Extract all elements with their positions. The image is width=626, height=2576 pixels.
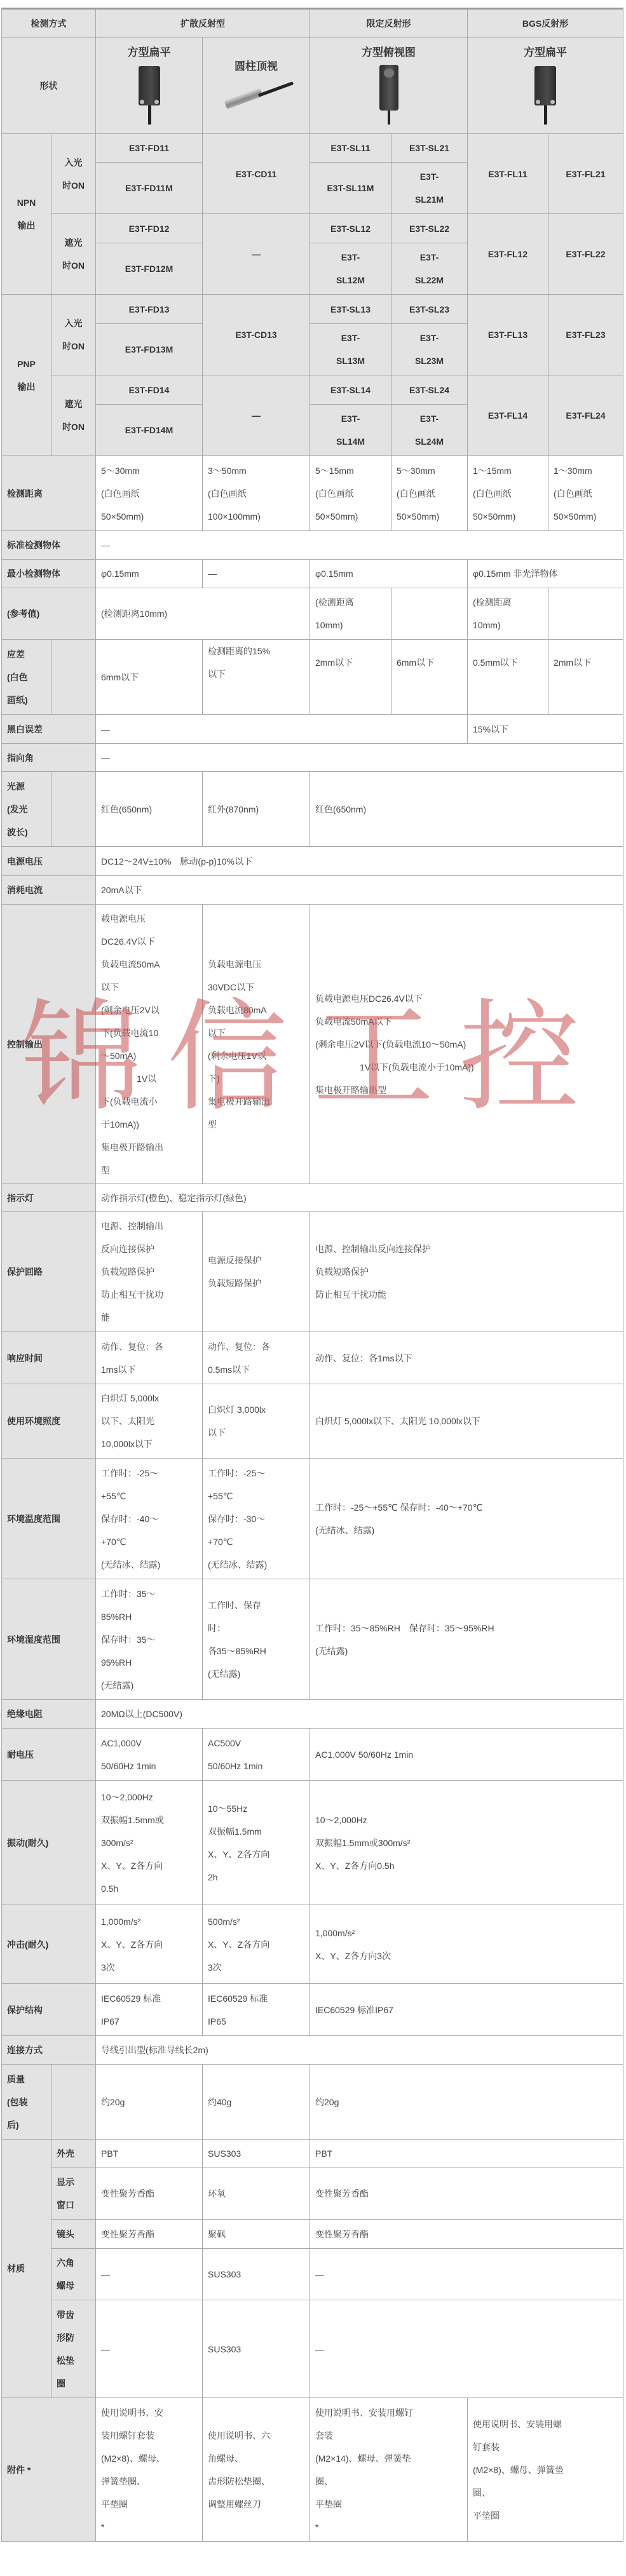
spec-label: 控制输出: [2, 905, 96, 1184]
spec-sublabel: [51, 2065, 96, 2140]
spec-value: φ0.15mm: [96, 560, 203, 588]
spec-row-current: 消耗电流 20mA以下: [2, 876, 623, 905]
spec-value: φ0.15mm 非光泽物体: [468, 560, 623, 588]
spec-row-distance: 检测距离 5～30mm (白色画纸 50×50mm) 3～50mm (白色画纸 …: [2, 456, 623, 531]
group-limited: 限定反射形: [310, 9, 468, 38]
group-diffuse: 扩散反射型: [96, 9, 310, 38]
spec-value: 聚砜: [203, 2220, 310, 2249]
spec-value: 10～2,000Hz 双振幅1.5mm或300m/s² X、Y、Z各方向0.5h: [310, 1781, 623, 1905]
spec-value: 工作时：-25～ +55℃ 保存时：-40～ +70℃ (无结冰、结露): [96, 1459, 203, 1579]
spec-value: 1～30mm (白色画纸 50×50mm): [548, 456, 623, 531]
spec-row-light-source: 光源 (发光 波长) 红色(650nm) 红外(870nm) 红色(650nm): [2, 772, 623, 847]
spec-value: 红色(650nm): [96, 772, 203, 847]
spec-value: 变性聚芳香酯: [96, 2168, 203, 2220]
model-row: NPN 输出 入光 时ON E3T-FD11 E3T-CD11 E3T-SL11…: [2, 134, 623, 163]
model-cell: E3T- SL21M: [391, 163, 468, 214]
model-cell: E3T- SL12M: [310, 243, 391, 295]
shape-title: 方型俯视图: [362, 44, 416, 61]
spec-row-connection: 连接方式 导线引出型(标准导线长2m): [2, 2036, 623, 2065]
spec-value: PBT: [310, 2140, 623, 2168]
spec-value: —: [310, 2249, 623, 2300]
spec-value: IEC60529 标准 IP67: [96, 1984, 203, 2036]
shape-cell-fd: 方型扁平: [96, 38, 203, 134]
model-cell: E3T-FD14: [96, 375, 203, 405]
spec-value: 3～50mm (白色画纸 100×100mm): [203, 456, 310, 531]
spec-row-enclosure: 保护结构 IEC60529 标准 IP67 IEC60529 标准 IP65 I…: [2, 1984, 623, 2036]
model-cell: E3T-FD12: [96, 214, 203, 243]
spec-value: 动作、复位：各 1ms以下: [96, 1332, 203, 1384]
spec-value: 导线引出型(标准导线长2m): [96, 2036, 623, 2065]
shape-title: 方型扁平: [128, 44, 171, 61]
model-cell: —: [203, 375, 310, 456]
model-cell: E3T-FL11: [468, 134, 548, 214]
spec-value: 载电源电压 DC26.4V以下 负载电流50mA 以下 (剩余电压2V以 下(负…: [96, 905, 203, 1184]
spec-value: 约20g: [310, 2065, 623, 2140]
spec-value: —: [96, 2300, 203, 2398]
shape-row: 形状 方型扁平 圆柱顶视 方型俯视图 方型扁平: [2, 38, 623, 134]
model-cell: E3T-FL24: [548, 375, 623, 456]
spec-value: SUS303: [203, 2249, 310, 2300]
spec-label: 保护回路: [2, 1212, 96, 1332]
model-cell: E3T-CD11: [203, 134, 310, 214]
spec-label: 响应时间: [2, 1332, 96, 1384]
model-cell: E3T-FD11: [96, 134, 203, 163]
material-sublabel: 显示 窗口: [51, 2168, 96, 2220]
spec-value: 2mm以下: [310, 640, 391, 715]
spec-value: 工作时：35～ 85%RH 保存时：35～ 95%RH (无结露): [96, 1579, 203, 1700]
spec-value: 电源、控制输出反向连接保护 负载短路保护 防止相互干扰功能: [310, 1212, 623, 1332]
shape-title: 圆柱顶视: [235, 58, 278, 75]
spec-row-reference: (参考值) (检测距离10mm) (检测距离 10mm) (检测距离 10mm): [2, 588, 623, 640]
spec-value: —: [96, 744, 623, 772]
spec-label: 黑白误差: [2, 715, 96, 744]
spec-label: 电源电压: [2, 847, 96, 876]
spec-row-insulation: 绝缘电阻 20MΩ以上(DC500V): [2, 1700, 623, 1729]
spec-value: 负载电源电压DC26.4V以下 负载电流50mA以下 (剩余电压2V以下(负载电…: [310, 905, 623, 1184]
spec-value: 白炽灯 5,000lx以下、太阳光 10,000lx以下: [310, 1384, 623, 1459]
spec-value: PBT: [96, 2140, 203, 2168]
spec-label: 附件 *: [2, 2398, 96, 2542]
model-cell: E3T-SL24: [391, 375, 468, 405]
spec-value: IEC60529 标准IP67: [310, 1984, 623, 2036]
material-sublabel: 镜头: [51, 2220, 96, 2249]
spec-label: 连接方式: [2, 2036, 96, 2065]
spec-label: 标准检测物体: [2, 531, 96, 560]
model-cell: E3T-SL11: [310, 134, 391, 163]
spec-label: 最小检测物体: [2, 560, 96, 588]
model-cell: E3T- SL24M: [391, 405, 468, 456]
model-cell: E3T-FL21: [548, 134, 623, 214]
spec-value: 环氧: [203, 2168, 310, 2220]
material-sublabel: 外壳: [51, 2140, 96, 2168]
spec-value: 20MΩ以上(DC500V): [96, 1700, 623, 1729]
model-cell: E3T-SL12: [310, 214, 391, 243]
spec-row-weight: 质量 (包装 后) 约20g 约40g 约20g: [2, 2065, 623, 2140]
spec-value: AC1,000V 50/60Hz 1min: [96, 1729, 203, 1781]
spec-value: [391, 588, 468, 640]
spec-row-directional-angle: 指向角 —: [2, 744, 623, 772]
material-sublabel: 带齿 形防 松垫 圈: [51, 2300, 96, 2398]
spec-value: 工作时：-25～+55℃ 保存时：-40～+70℃ (无结冰、结露): [310, 1459, 623, 1579]
model-cell: E3T-SL14: [310, 375, 391, 405]
spec-value: 红色(650nm): [310, 772, 623, 847]
spec-value: φ0.15mm: [310, 560, 468, 588]
material-sublabel: 六角 螺母: [51, 2249, 96, 2300]
shape-title: 方型扁平: [524, 44, 567, 61]
spec-value: 动作、复位：各 0.5ms以下: [203, 1332, 310, 1384]
model-cell: E3T-FL14: [468, 375, 548, 456]
spec-value: 500m/s² X、Y、Z各方向 3次: [203, 1905, 310, 1984]
spec-row-illuminance: 使用环境照度 白炽灯 5,000lx 以下、太阳光 10,000lx以下 白炽灯…: [2, 1384, 623, 1459]
spec-value: 5～15mm (白色画纸 50×50mm): [310, 456, 391, 531]
spec-row-indicator: 指示灯 动作指示灯(橙色)、稳定指示灯(绿色): [2, 1184, 623, 1212]
model-cell: E3T-FL22: [548, 214, 623, 295]
spec-label: 指向角: [2, 744, 96, 772]
spec-row-bw-error: 黑白误差 — 15%以下: [2, 715, 623, 744]
spec-value: 使用说明书、安装用螺钉 套装 (M2×14)、螺母、弹簧垫 圈、 平垫圈 *: [310, 2398, 468, 2542]
material-row: 显示 窗口 变性聚芳香酯 环氧 变性聚芳香酯: [2, 2168, 623, 2220]
material-row: 六角 螺母 — SUS303 —: [2, 2249, 623, 2300]
spec-value: 15%以下: [468, 715, 623, 744]
spec-value: 6mm以下: [391, 640, 468, 715]
spec-label: 绝缘电阻: [2, 1700, 96, 1729]
spec-value: IEC60529 标准 IP65: [203, 1984, 310, 2036]
model-cell: E3T-FL12: [468, 214, 548, 295]
material-row: 镜头 变性聚芳香酯 聚砜 变性聚芳香酯: [2, 2220, 623, 2249]
sensor-flat-image: [534, 66, 556, 105]
spec-value: 5～30mm (白色画纸 50×50mm): [96, 456, 203, 531]
spec-value: 10～2,000Hz 双振幅1.5mm或 300m/s² X、Y、Z各方向 0.…: [96, 1781, 203, 1905]
model-cell: E3T-SL21: [391, 134, 468, 163]
spec-value: 0.5mm以下: [468, 640, 548, 715]
light-on-label: 入光 时ON: [51, 134, 96, 214]
spec-value: —: [310, 2300, 623, 2398]
spec-value: 1,000m/s² X、Y、Z各方向3次: [310, 1905, 623, 1984]
spec-label: 使用环境照度: [2, 1384, 96, 1459]
spec-value: —: [203, 560, 310, 588]
model-cell: E3T- SL22M: [391, 243, 468, 295]
spec-value: 工作时：-25～ +55℃ 保存时：-30～ +70℃ (无结冰、结露): [203, 1459, 310, 1579]
spec-label: 材质: [2, 2140, 51, 2398]
sensor-flat-image: [139, 66, 160, 105]
spec-table: 检测方式 扩散反射型 限定反射形 BGS反射形 形状 方型扁平 圆柱顶视 方型俯…: [1, 8, 623, 2542]
model-cell: E3T- SL13M: [310, 324, 391, 375]
model-cell: —: [203, 214, 310, 295]
model-cell: E3T-FD13M: [96, 324, 203, 375]
spec-value: 电源、控制输出 反向连接保护 负载短路保护 防止相互干扰功 能: [96, 1212, 203, 1332]
spec-value: (检测距离10mm): [96, 588, 310, 640]
spec-label: 应差 (白色 画纸): [2, 640, 51, 715]
sensor-cylinder-image: [218, 85, 294, 108]
model-row: 遮光 时ON E3T-FD14 — E3T-SL14 E3T-SL24 E3T-…: [2, 375, 623, 405]
spec-value: 工作时：35～85%RH 保存时：35～95%RH (无结露): [310, 1579, 623, 1700]
spec-row-response-time: 响应时间 动作、复位：各 1ms以下 动作、复位：各 0.5ms以下 动作、复位…: [2, 1332, 623, 1384]
spec-row-shock: 冲击(耐久) 1,000m/s² X、Y、Z各方向 3次 500m/s² X、Y…: [2, 1905, 623, 1984]
spec-label: 消耗电流: [2, 876, 96, 905]
spec-row-control-output: 控制输出 载电源电压 DC26.4V以下 负载电流50mA 以下 (剩余电压2V…: [2, 905, 623, 1184]
spec-row-min-object: 最小检测物体 φ0.15mm — φ0.15mm φ0.15mm 非光泽物体: [2, 560, 623, 588]
spec-value: 20mA以下: [96, 876, 623, 905]
model-cell: E3T-SL22: [391, 214, 468, 243]
spec-row-supply-voltage: 电源电压 DC12～24V±10% 脉动(p-p)10%以下: [2, 847, 623, 876]
spec-value: 白炽灯 5,000lx 以下、太阳光 10,000lx以下: [96, 1384, 203, 1459]
spec-sublabel: [51, 640, 96, 715]
spec-row-humidity: 环境湿度范围 工作时：35～ 85%RH 保存时：35～ 95%RH (无结露)…: [2, 1579, 623, 1700]
spec-row-temperature: 环境温度范围 工作时：-25～ +55℃ 保存时：-40～ +70℃ (无结冰、…: [2, 1459, 623, 1579]
model-cell: E3T- SL14M: [310, 405, 391, 456]
spec-label: 耐电压: [2, 1729, 96, 1781]
model-cell: E3T-FD13: [96, 295, 203, 324]
spec-label: 质量 (包装 后): [2, 2065, 51, 2140]
model-cell: E3T-FL23: [548, 295, 623, 375]
spec-value: 2mm以下: [548, 640, 623, 715]
spec-value: 变性聚芳香酯: [96, 2220, 203, 2249]
spec-label: 振动(耐久): [2, 1781, 96, 1905]
spec-label: 检测距离: [2, 456, 96, 531]
spec-value: 6mm以下: [96, 640, 203, 715]
spec-value: 使用说明书、六 角螺母、 齿形防松垫圈、 调整用螺丝刀: [203, 2398, 310, 2542]
spec-row-vibration: 振动(耐久) 10～2,000Hz 双振幅1.5mm或 300m/s² X、Y、…: [2, 1781, 623, 1905]
npn-label: NPN 输出: [2, 134, 51, 295]
spec-value: 负载电源电压 30VDC以下 负载电流80mA 以下 (剩余电压1V以 下) 集…: [203, 905, 310, 1184]
spec-label: 指示灯: [2, 1184, 96, 1212]
spec-value: 10～55Hz 双振幅1.5mm X、Y、Z各方向 2h: [203, 1781, 310, 1905]
model-cell: E3T- SL23M: [391, 324, 468, 375]
spec-value: 动作指示灯(橙色)、稳定指示灯(绿色): [96, 1184, 623, 1212]
spec-value: 约40g: [203, 2065, 310, 2140]
spec-value: [548, 588, 623, 640]
shape-cell-fl: 方型扁平: [468, 38, 623, 134]
sensor-topview-image: [379, 65, 398, 111]
spec-value: (检测距离 10mm): [468, 588, 548, 640]
spec-label: 冲击(耐久): [2, 1905, 96, 1984]
model-cell: E3T-SL11M: [310, 163, 391, 214]
spec-label: 环境温度范围: [2, 1459, 96, 1579]
model-row: PNP 输出 入光 时ON E3T-FD13 E3T-CD13 E3T-SL13…: [2, 295, 623, 324]
model-cell: E3T-FL13: [468, 295, 548, 375]
spec-value: 检测距离的15% 以下: [203, 640, 310, 715]
group-bgs: BGS反射形: [468, 9, 623, 38]
model-cell: E3T-FD14M: [96, 405, 203, 456]
pnp-label: PNP 输出: [2, 295, 51, 456]
material-row: 材质 外壳 PBT SUS303 PBT: [2, 2140, 623, 2168]
dark-on-label: 遮光 时ON: [51, 214, 96, 295]
spec-row-hysteresis: 应差 (白色 画纸) 6mm以下 检测距离的15% 以下 2mm以下 6mm以下…: [2, 640, 623, 715]
spec-value: —: [96, 531, 623, 560]
model-cell: E3T-FD11M: [96, 163, 203, 214]
model-row: 遮光 时ON E3T-FD12 — E3T-SL12 E3T-SL22 E3T-…: [2, 214, 623, 243]
spec-value: 约20g: [96, 2065, 203, 2140]
dark-on-label: 遮光 时ON: [51, 375, 96, 456]
model-cell: E3T-SL13: [310, 295, 391, 324]
spec-value: AC500V 50/60Hz 1min: [203, 1729, 310, 1781]
header-row: 检测方式 扩散反射型 限定反射形 BGS反射形: [2, 9, 623, 38]
spec-value: SUS303: [203, 2300, 310, 2398]
spec-row-std-object: 标准检测物体 —: [2, 531, 623, 560]
spec-value: 变性聚芳香酯: [310, 2168, 623, 2220]
material-row: 带齿 形防 松垫 圈 — SUS303 —: [2, 2300, 623, 2398]
spec-value: 变性聚芳香酯: [310, 2220, 623, 2249]
spec-value: (检测距离 10mm): [310, 588, 391, 640]
spec-row-dielectric: 耐电压 AC1,000V 50/60Hz 1min AC500V 50/60Hz…: [2, 1729, 623, 1781]
spec-label: (参考值): [2, 588, 96, 640]
spec-value: 白炽灯 3,000lx 以下: [203, 1384, 310, 1459]
spec-value: 工作时、保存 时： 各35～85%RH (无结露): [203, 1579, 310, 1700]
spec-label: 环境湿度范围: [2, 1579, 96, 1700]
spec-value: 1,000m/s² X、Y、Z各方向 3次: [96, 1905, 203, 1984]
spec-value: 使用说明书、安装用螺 钉套装 (M2×8)、螺母、弹簧垫 圈、 平垫圈: [468, 2398, 623, 2542]
shape-label: 形状: [2, 38, 96, 134]
shape-cell-sl: 方型俯视图: [310, 38, 468, 134]
spec-sublabel: [51, 772, 96, 847]
spec-value: 电源反接保护 负载短路保护: [203, 1212, 310, 1332]
method-label: 检测方式: [2, 9, 96, 38]
spec-value: 1～15mm (白色画纸 50×50mm): [468, 456, 548, 531]
spec-value: 5～30mm (白色画纸 50×50mm): [391, 456, 468, 531]
shape-cell-cd: 圆柱顶视: [203, 38, 310, 134]
spec-value: —: [96, 2249, 203, 2300]
spec-value: DC12～24V±10% 脉动(p-p)10%以下: [96, 847, 623, 876]
model-cell: E3T-FD12M: [96, 243, 203, 295]
spec-label: 光源 (发光 波长): [2, 772, 51, 847]
light-on-label: 入光 时ON: [51, 295, 96, 375]
spec-value: 动作、复位：各1ms以下: [310, 1332, 623, 1384]
spec-value: 红外(870nm): [203, 772, 310, 847]
spec-value: —: [96, 715, 468, 744]
model-cell: E3T-SL23: [391, 295, 468, 324]
spec-value: SUS303: [203, 2140, 310, 2168]
spec-label: 保护结构: [2, 1984, 96, 2036]
spec-row-accessories: 附件 * 使用说明书、安 装用螺钉套装 (M2×8)、螺母、 弹簧垫圈、 平垫圈…: [2, 2398, 623, 2542]
spec-value: 使用说明书、安 装用螺钉套装 (M2×8)、螺母、 弹簧垫圈、 平垫圈 *: [96, 2398, 203, 2542]
spec-row-protection-circuit: 保护回路 电源、控制输出 反向连接保护 负载短路保护 防止相互干扰功 能 电源反…: [2, 1212, 623, 1332]
spec-value: AC1,000V 50/60Hz 1min: [310, 1729, 623, 1781]
model-cell: E3T-CD13: [203, 295, 310, 375]
